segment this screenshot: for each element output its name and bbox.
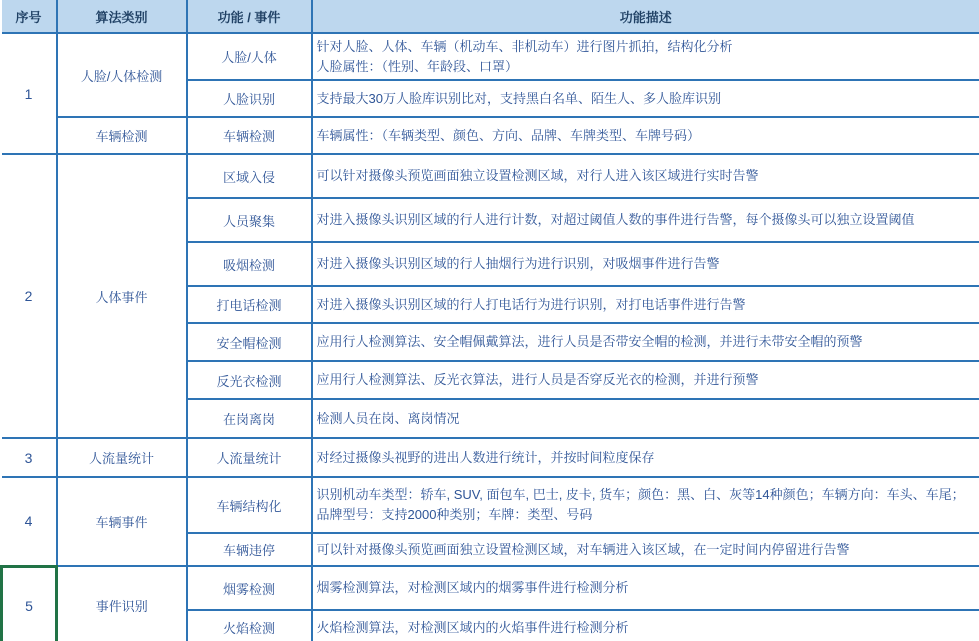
index-cell[interactable]: 1 <box>2 33 57 154</box>
description-cell[interactable]: 支持最大30万人脸库识别比对，支持黑白名单、陌生人、多人脸库识别 <box>312 80 979 117</box>
event-cell[interactable]: 吸烟检测 <box>187 242 312 286</box>
description-cell[interactable]: 识别机动车类型：轿车, SUV, 面包车, 巴士, 皮卡, 货车；颜色：黑、白、… <box>312 477 979 533</box>
table-row: 1人脸/人体检测人脸/人体针对人脸、人体、车辆（机动车、非机动车）进行图片抓拍，… <box>2 33 979 80</box>
category-cell[interactable]: 车辆事件 <box>57 477 187 566</box>
description-line: 针对人脸、人体、车辆（机动车、非机动车）进行图片抓拍，结构化分析 <box>317 37 976 57</box>
description-line: 支持最大30万人脸库识别比对，支持黑白名单、陌生人、多人脸库识别 <box>317 89 976 109</box>
index-cell[interactable]: 2 <box>2 154 57 438</box>
event-cell[interactable]: 区域入侵 <box>187 154 312 198</box>
header-cell-index[interactable]: 序号 <box>2 0 57 33</box>
description-cell[interactable]: 可以针对摄像头预览画面独立设置检测区域，对行人进入该区域进行实时告警 <box>312 154 979 198</box>
table-row: 4车辆事件车辆结构化识别机动车类型：轿车, SUV, 面包车, 巴士, 皮卡, … <box>2 477 979 533</box>
header-cell-description[interactable]: 功能描述 <box>312 0 979 33</box>
description-line: 对进入摄像头识别区域的行人进行计数，对超过阈值人数的事件进行告警，每个摄像头可以… <box>317 210 976 230</box>
description-cell[interactable]: 火焰检测算法，对检测区域内的火焰事件进行检测分析 <box>312 610 979 641</box>
description-line: 对经过摄像头视野的进出人数进行统计，并按时间粒度保存 <box>317 448 976 468</box>
index-cell-selected[interactable]: 5 <box>2 566 57 641</box>
description-cell[interactable]: 对进入摄像头识别区域的行人打电话行为进行识别，对打电话事件进行告警 <box>312 286 979 323</box>
description-line: 人脸属性：（性别、年龄段、口罩） <box>317 57 976 77</box>
index-cell[interactable]: 3 <box>2 438 57 477</box>
event-cell[interactable]: 反光衣检测 <box>187 361 312 399</box>
header-cell-event[interactable]: 功能 / 事件 <box>187 0 312 33</box>
table-row: 5事件识别烟雾检测烟雾检测算法，对检测区域内的烟雾事件进行检测分析 <box>2 566 979 610</box>
header-row: 序号 算法类别 功能 / 事件 功能描述 <box>2 0 979 33</box>
table-row: 2人体事件区域入侵可以针对摄像头预览画面独立设置检测区域，对行人进入该区域进行实… <box>2 154 979 198</box>
table-body: 1人脸/人体检测人脸/人体针对人脸、人体、车辆（机动车、非机动车）进行图片抓拍，… <box>2 33 979 641</box>
description-cell[interactable]: 针对人脸、人体、车辆（机动车、非机动车）进行图片抓拍，结构化分析人脸属性：（性别… <box>312 33 979 80</box>
event-cell[interactable]: 烟雾检测 <box>187 566 312 610</box>
event-cell[interactable]: 人流量统计 <box>187 438 312 477</box>
description-line: 可以针对摄像头预览画面独立设置检测区域，对车辆进入该区域，在一定时间内停留进行告… <box>317 540 976 560</box>
category-cell[interactable]: 事件识别 <box>57 566 187 641</box>
description-cell[interactable]: 烟雾检测算法，对检测区域内的烟雾事件进行检测分析 <box>312 566 979 610</box>
description-cell[interactable]: 可以针对摄像头预览画面独立设置检测区域，对车辆进入该区域，在一定时间内停留进行告… <box>312 533 979 566</box>
description-cell[interactable]: 对进入摄像头识别区域的行人进行计数，对超过阈值人数的事件进行告警，每个摄像头可以… <box>312 198 979 242</box>
description-cell[interactable]: 对进入摄像头识别区域的行人抽烟行为进行识别，对吸烟事件进行告警 <box>312 242 979 286</box>
description-line: 烟雾检测算法，对检测区域内的烟雾事件进行检测分析 <box>317 578 976 598</box>
description-line: 车辆属性：（车辆类型、颜色、方向、品牌、车牌类型、车牌号码） <box>317 126 976 146</box>
event-cell[interactable]: 安全帽检测 <box>187 323 312 361</box>
description-line: 识别机动车类型：轿车, SUV, 面包车, 巴士, 皮卡, 货车；颜色：黑、白、… <box>317 485 976 525</box>
description-cell[interactable]: 车辆属性：（车辆类型、颜色、方向、品牌、车牌类型、车牌号码） <box>312 117 979 154</box>
description-line: 可以针对摄像头预览画面独立设置检测区域，对行人进入该区域进行实时告警 <box>317 166 976 186</box>
description-cell[interactable]: 应用行人检测算法、反光衣算法，进行人员是否穿反光衣的检测，并进行预警 <box>312 361 979 399</box>
event-cell[interactable]: 火焰检测 <box>187 610 312 641</box>
table-row: 车辆检测车辆检测车辆属性：（车辆类型、颜色、方向、品牌、车牌类型、车牌号码） <box>2 117 979 154</box>
description-line: 对进入摄像头识别区域的行人抽烟行为进行识别，对吸烟事件进行告警 <box>317 254 976 274</box>
description-cell[interactable]: 对经过摄像头视野的进出人数进行统计，并按时间粒度保存 <box>312 438 979 477</box>
description-cell[interactable]: 应用行人检测算法、安全帽佩戴算法，进行人员是否带安全帽的检测，并进行未带安全帽的… <box>312 323 979 361</box>
description-line: 对进入摄像头识别区域的行人打电话行为进行识别，对打电话事件进行告警 <box>317 295 976 315</box>
event-cell[interactable]: 人员聚集 <box>187 198 312 242</box>
category-cell[interactable]: 人体事件 <box>57 154 187 438</box>
event-cell[interactable]: 打电话检测 <box>187 286 312 323</box>
algorithm-feature-table: 序号 算法类别 功能 / 事件 功能描述 1人脸/人体检测人脸/人体针对人脸、人… <box>0 0 979 641</box>
category-cell[interactable]: 人脸/人体检测 <box>57 33 187 117</box>
table-header: 序号 算法类别 功能 / 事件 功能描述 <box>2 0 979 33</box>
event-cell[interactable]: 人脸识别 <box>187 80 312 117</box>
category-cell[interactable]: 车辆检测 <box>57 117 187 154</box>
category-cell[interactable]: 人流量统计 <box>57 438 187 477</box>
description-line: 检测人员在岗、离岗情况 <box>317 409 976 429</box>
description-line: 火焰检测算法，对检测区域内的火焰事件进行检测分析 <box>317 618 976 638</box>
event-cell[interactable]: 车辆违停 <box>187 533 312 566</box>
description-line: 应用行人检测算法、反光衣算法，进行人员是否穿反光衣的检测，并进行预警 <box>317 370 976 390</box>
description-cell[interactable]: 检测人员在岗、离岗情况 <box>312 399 979 438</box>
table-row: 3人流量统计人流量统计对经过摄像头视野的进出人数进行统计，并按时间粒度保存 <box>2 438 979 477</box>
event-cell[interactable]: 人脸/人体 <box>187 33 312 80</box>
event-cell[interactable]: 车辆结构化 <box>187 477 312 533</box>
header-cell-category[interactable]: 算法类别 <box>57 0 187 33</box>
event-cell[interactable]: 车辆检测 <box>187 117 312 154</box>
description-line: 应用行人检测算法、安全帽佩戴算法，进行人员是否带安全帽的检测，并进行未带安全帽的… <box>317 332 976 352</box>
event-cell[interactable]: 在岗离岗 <box>187 399 312 438</box>
index-cell[interactable]: 4 <box>2 477 57 566</box>
